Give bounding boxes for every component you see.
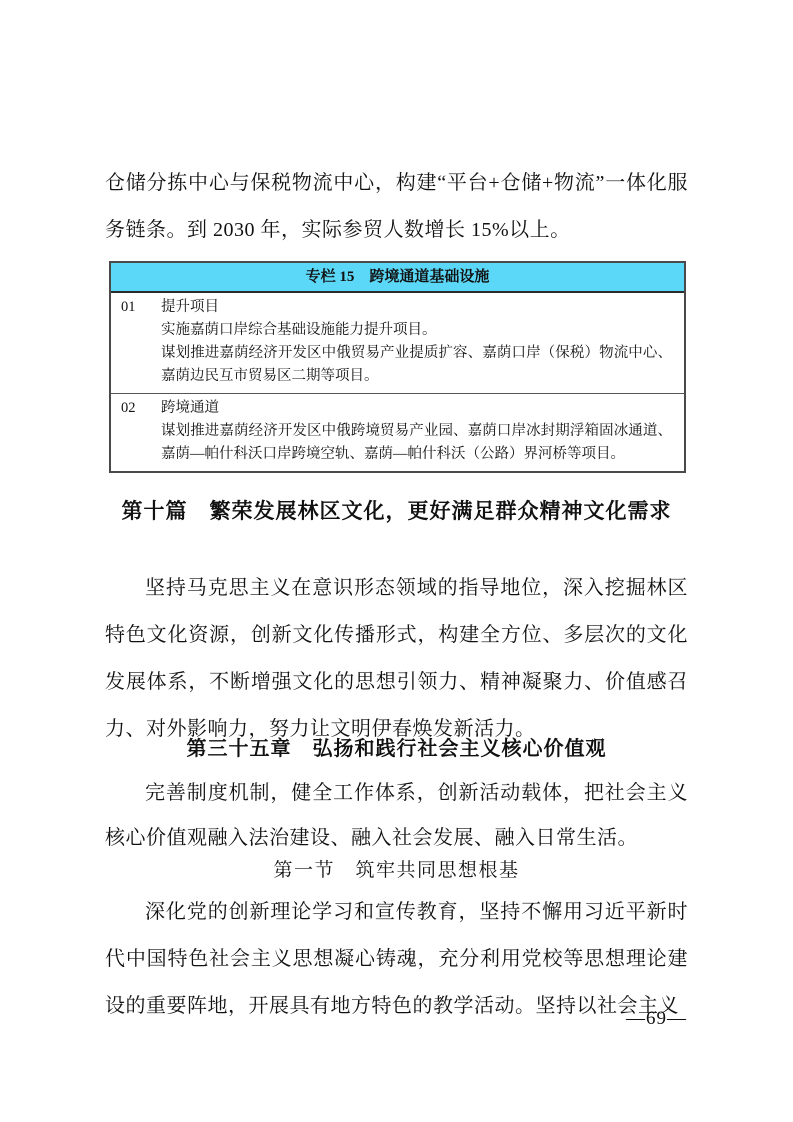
chapter-heading: 第三十五章 弘扬和践行社会主义核心价值观	[105, 732, 688, 761]
infobox-row: 02 跨境通道 谋划推进嘉荫经济开发区中俄跨境贸易产业园、嘉荫口岸冰封期浮箱固冰…	[111, 393, 684, 471]
intro-paragraph: 仓储分拣中心与保税物流中心，构建“平台+仓储+物流”一体化服务链条。到 2030…	[105, 160, 688, 254]
infobox-title: 专栏 15 跨境通道基础设施	[111, 263, 684, 293]
part-heading: 第十篇 繁荣发展林区文化，更好满足群众精神文化需求	[105, 495, 688, 525]
row-content: 跨境通道 谋划推进嘉荫经济开发区中俄跨境贸易产业园、嘉荫口岸冰封期浮箱固冰通道、…	[161, 397, 684, 466]
document-page: 仓储分拣中心与保税物流中心，构建“平台+仓储+物流”一体化服务链条。到 2030…	[0, 0, 793, 1122]
section-heading: 第一节 筑牢共同思想根基	[105, 855, 688, 882]
row-line: 实施嘉荫口岸综合基础设施能力提升项目。	[161, 319, 672, 342]
row-number: 02	[111, 397, 161, 466]
row-title: 跨境通道	[161, 397, 672, 420]
culture-paragraph: 坚持马克思主义在意识形态领域的指导地位，深入挖掘林区特色文化资源，创新文化传播形…	[105, 565, 688, 753]
row-content: 提升项目 实施嘉荫口岸综合基础设施能力提升项目。 谋划推进嘉荫经济开发区中俄贸易…	[161, 296, 684, 388]
row-title: 提升项目	[161, 296, 672, 319]
row-number: 01	[111, 296, 161, 388]
page-number: —69—	[626, 1008, 687, 1030]
row-line: 谋划推进嘉荫经济开发区中俄贸易产业提质扩容、嘉荫口岸（保税）物流中心、嘉荫边民互…	[161, 342, 672, 388]
row-line: 谋划推进嘉荫经济开发区中俄跨境贸易产业园、嘉荫口岸冰封期浮箱固冰通道、嘉荫—帕什…	[161, 420, 672, 466]
theory-paragraph: 深化党的创新理论学习和宣传教育，坚持不懈用习近平新时代中国特色社会主义思想凝心铸…	[105, 889, 688, 1030]
infobox-row: 01 提升项目 实施嘉荫口岸综合基础设施能力提升项目。 谋划推进嘉荫经济开发区中…	[111, 293, 684, 393]
infobox-cross-border-channels: 专栏 15 跨境通道基础设施 01 提升项目 实施嘉荫口岸综合基础设施能力提升项…	[109, 261, 686, 473]
values-paragraph: 完善制度机制，健全工作体系，创新活动载体，把社会主义核心价值观融入法治建设、融入…	[105, 771, 688, 861]
